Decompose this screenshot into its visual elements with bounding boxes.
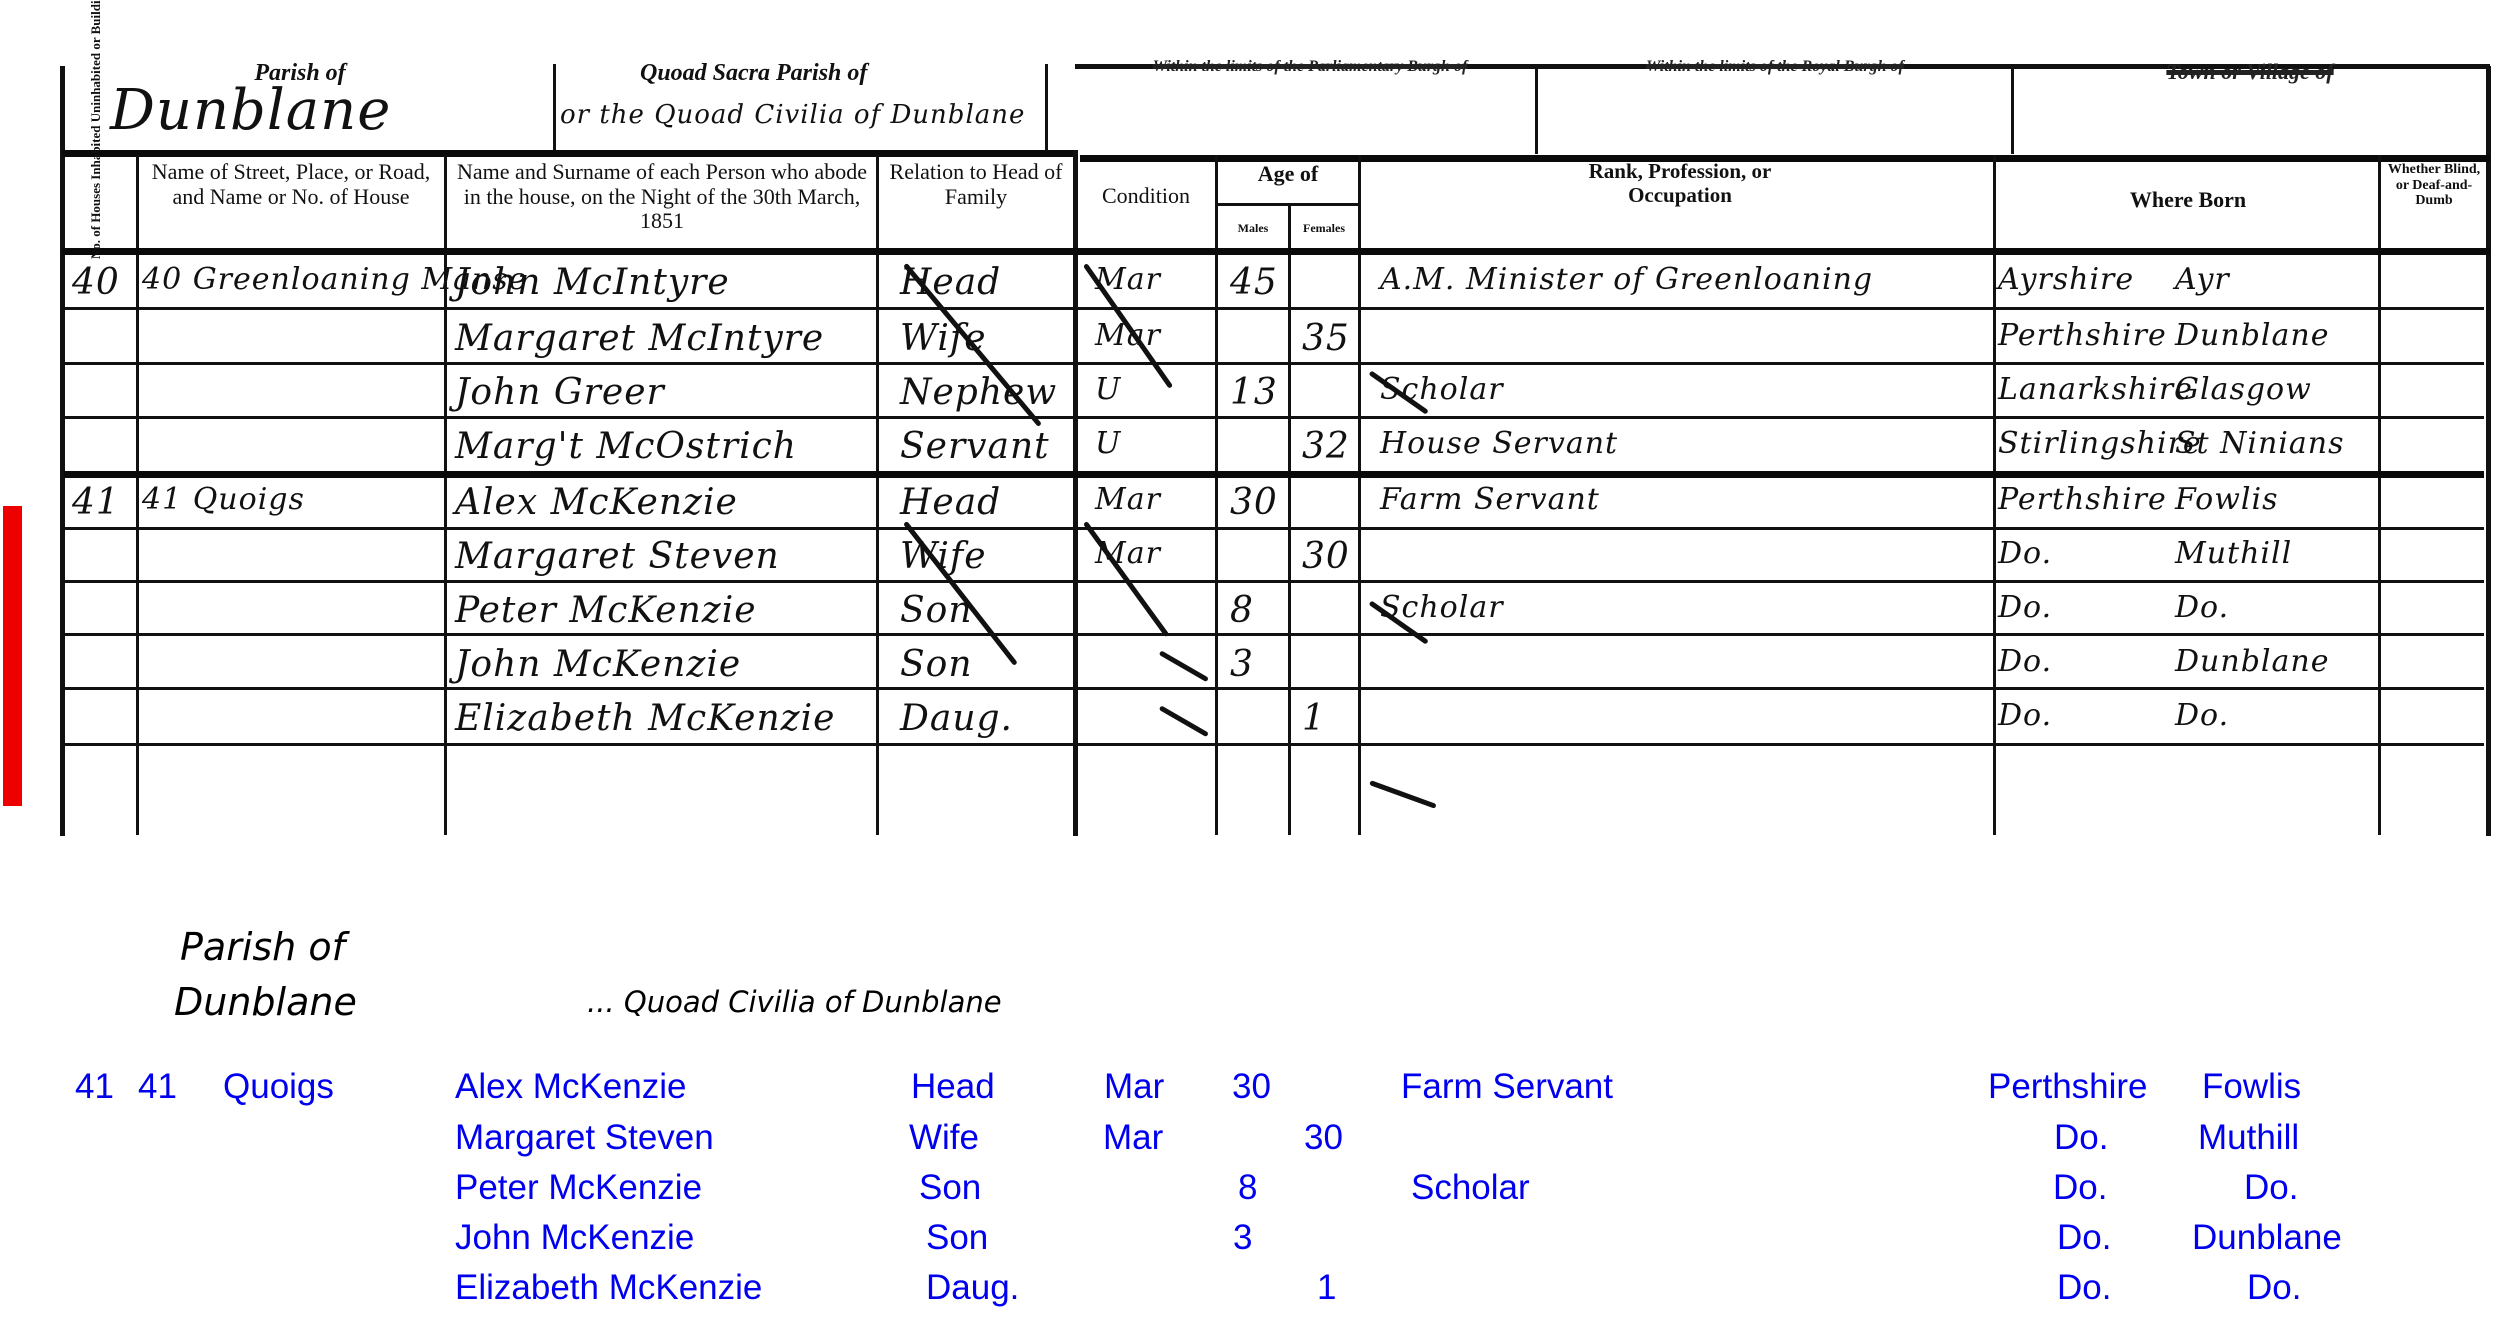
transcript-born-parish: Muthill	[2198, 1120, 2299, 1155]
census-name: Alex McKenzie	[455, 482, 738, 523]
row-rule	[64, 633, 2484, 636]
census-page-image: Parish of Dunblane Quoad Sacra Parish of…	[0, 0, 2500, 840]
col-age-males: Males	[1218, 222, 1288, 235]
transcript-born-county: Perthshire	[1988, 1069, 2148, 1104]
census-house-no: 40	[72, 262, 120, 303]
census-condition: Mar	[1095, 482, 1161, 517]
column-divider	[1288, 205, 1291, 835]
census-name: Elizabeth McKenzie	[455, 698, 835, 739]
census-age-m: 8	[1230, 590, 1254, 631]
form-right-border	[2486, 66, 2491, 836]
transcript-place: Quoigs	[223, 1069, 334, 1104]
col-houses: No. of Houses Inhabited Uninhabited or B…	[89, 139, 103, 259]
census-name: Peter McKenzie	[455, 590, 757, 631]
highlight-marker	[3, 506, 22, 806]
census-age-f: 32	[1302, 426, 1350, 467]
transcript-age-m: 3	[1233, 1220, 1252, 1255]
transcript-name: Alex McKenzie	[455, 1069, 686, 1104]
census-occupation: A.M. Minister of Greenloaning	[1380, 262, 1873, 297]
census-born-parish: Dunblane	[2175, 644, 2329, 679]
census-age-m: 30	[1230, 482, 1278, 523]
census-name: Margaret McIntyre	[455, 318, 824, 359]
quoad-sacra-handwritten: or the Quoad Civilia of Dunblane	[560, 100, 1025, 130]
row-rule	[64, 580, 2484, 583]
col-name: Name and Surname of each Person who abod…	[450, 160, 874, 234]
transcript-relation: Son	[926, 1220, 988, 1255]
transcript-age-m: 8	[1238, 1170, 1257, 1205]
transcript-age-f: 30	[1304, 1120, 1343, 1155]
transcript-relation: Head	[911, 1069, 995, 1104]
transcript-born-parish: Fowlis	[2202, 1069, 2301, 1104]
transcript-condition: Mar	[1104, 1069, 1164, 1104]
row-rule	[64, 416, 2484, 419]
col-condition: Condition	[1078, 184, 1214, 209]
census-relation: Servant	[900, 426, 1050, 467]
census-born-county: Do.	[1998, 644, 2052, 679]
transcript-name: Elizabeth McKenzie	[455, 1270, 762, 1305]
census-occupation: House Servant	[1380, 426, 1618, 461]
census-relation: Head	[900, 482, 1001, 523]
transcript-relation: Son	[919, 1170, 981, 1205]
census-born-county: Do.	[1998, 590, 2052, 625]
town-village-label: Town or Village of	[2100, 60, 2400, 85]
census-name: John Greer	[455, 372, 665, 413]
census-born-county: Perthshire	[1998, 482, 2167, 517]
census-occupation: Farm Servant	[1380, 482, 1600, 517]
census-name: John McIntyre	[455, 262, 730, 303]
transcript-house: 41	[138, 1069, 177, 1104]
col-occupation: Rank, Profession, or Occupation	[1560, 160, 1800, 207]
header-divider	[1045, 64, 1048, 154]
census-name: John McKenzie	[455, 644, 741, 685]
census-born-county: Perthshire	[1998, 318, 2167, 353]
census-house-no: 41	[72, 482, 120, 523]
census-born-county: Lanarkshire	[1998, 372, 2193, 407]
col-age: Age of	[1218, 162, 1358, 187]
tally-slash	[1159, 650, 1209, 682]
census-address: 41 Quoigs	[142, 482, 305, 517]
census-condition: U	[1095, 426, 1121, 461]
census-born-county: Stirlingshire	[1998, 426, 2202, 461]
transcript-occupation: Farm Servant	[1401, 1069, 1613, 1104]
parliamentary-burgh-label: Within the limits of the Parliamentary B…	[1080, 58, 1540, 76]
transcript-born-county: Do.	[2053, 1170, 2107, 1205]
column-divider	[1993, 155, 1996, 835]
census-born-parish: Dunblane	[2175, 318, 2329, 353]
row-rule	[64, 307, 2484, 310]
census-relation: Nephew	[900, 372, 1057, 413]
census-born-parish: Fowlis	[2175, 482, 2279, 517]
transcript-born-county: Do.	[2057, 1220, 2111, 1255]
column-header-rule	[62, 248, 2490, 255]
census-born-parish: Glasgow	[2175, 372, 2312, 407]
census-relation: Son	[900, 644, 973, 685]
royal-burgh-label: Within the limits of the Royal Burgh of	[1540, 58, 2010, 76]
age-subheader-rule	[1218, 203, 1358, 206]
column-divider	[444, 155, 447, 835]
transcript-name: John McKenzie	[455, 1220, 694, 1255]
transcript-age-f: 1	[1317, 1270, 1336, 1305]
census-relation: Wife	[900, 318, 987, 359]
quoad-sacra-label: Quoad Sacra Parish of	[640, 60, 980, 87]
census-age-m: 45	[1230, 262, 1278, 303]
transcript-quoad: ... Quoad Civilia of Dunblane	[587, 985, 1002, 1019]
transcript-condition: Mar	[1103, 1120, 1163, 1155]
parish-handwritten: Dunblane	[110, 78, 391, 143]
col-where-born: Where Born	[2000, 188, 2376, 213]
transcript-age-m: 30	[1232, 1069, 1271, 1104]
tally-slash	[1159, 705, 1209, 737]
census-age-m: 13	[1230, 372, 1278, 413]
transcript-relation: Wife	[909, 1120, 979, 1155]
census-relation: Head	[900, 262, 1001, 303]
census-age-f: 35	[1302, 318, 1350, 359]
census-born-parish: Ayr	[2175, 262, 2230, 297]
transcript-parish-line1: Parish of	[180, 925, 345, 969]
row-rule	[64, 362, 2484, 365]
header-divider	[1535, 64, 1538, 154]
transcript-occupation: Scholar	[1411, 1170, 1530, 1205]
census-born-county: Do.	[1998, 536, 2052, 571]
column-divider	[1358, 155, 1361, 835]
census-condition: U	[1095, 372, 1121, 407]
census-age-f: 30	[1302, 536, 1350, 577]
transcript-born-parish: Dunblane	[2192, 1220, 2342, 1255]
transcript-born-county: Do.	[2057, 1270, 2111, 1305]
col-blind-deaf: Whether Blind, or Deaf-and-Dumb	[2382, 162, 2486, 209]
transcript-relation: Daug.	[926, 1270, 1019, 1305]
transcript-name: Margaret Steven	[455, 1120, 714, 1155]
row-rule	[64, 743, 2484, 746]
census-born-parish: Muthill	[2175, 536, 2292, 571]
census-born-parish: Do.	[2175, 698, 2229, 733]
column-divider	[876, 155, 879, 835]
header-divider	[553, 64, 556, 154]
col-street: Name of Street, Place, or Road, and Name…	[140, 160, 442, 209]
header-rule	[62, 150, 1077, 157]
census-name: Marg't McOstrich	[455, 426, 797, 467]
census-born-parish: Do.	[2175, 590, 2229, 625]
census-relation: Daug.	[900, 698, 1013, 739]
transcript-born-county: Do.	[2054, 1120, 2108, 1155]
census-name: Margaret Steven	[455, 536, 780, 577]
header-divider	[2011, 64, 2014, 154]
census-born-parish: St Ninians	[2175, 426, 2345, 461]
transcript-name: Peter McKenzie	[455, 1170, 702, 1205]
row-rule	[64, 471, 2484, 478]
transcript-parish-line2: Dunblane	[174, 980, 357, 1024]
col-age-females: Females	[1290, 222, 1358, 235]
tally-slash	[1369, 780, 1436, 809]
column-divider	[1215, 155, 1218, 835]
row-rule	[64, 687, 2484, 690]
transcript-born-parish: Do.	[2247, 1270, 2301, 1305]
col-relation: Relation to Head of Family	[880, 160, 1072, 209]
column-divider	[2378, 155, 2381, 835]
column-divider	[136, 155, 139, 835]
transcript-schedule: 41	[75, 1069, 114, 1104]
transcript-born-parish: Do.	[2244, 1170, 2298, 1205]
census-born-county: Ayrshire	[1998, 262, 2134, 297]
form-left-border	[60, 66, 65, 836]
census-age-f: 1	[1302, 698, 1326, 739]
row-rule	[64, 527, 2484, 530]
census-age-m: 3	[1230, 644, 1254, 685]
census-born-county: Do.	[1998, 698, 2052, 733]
